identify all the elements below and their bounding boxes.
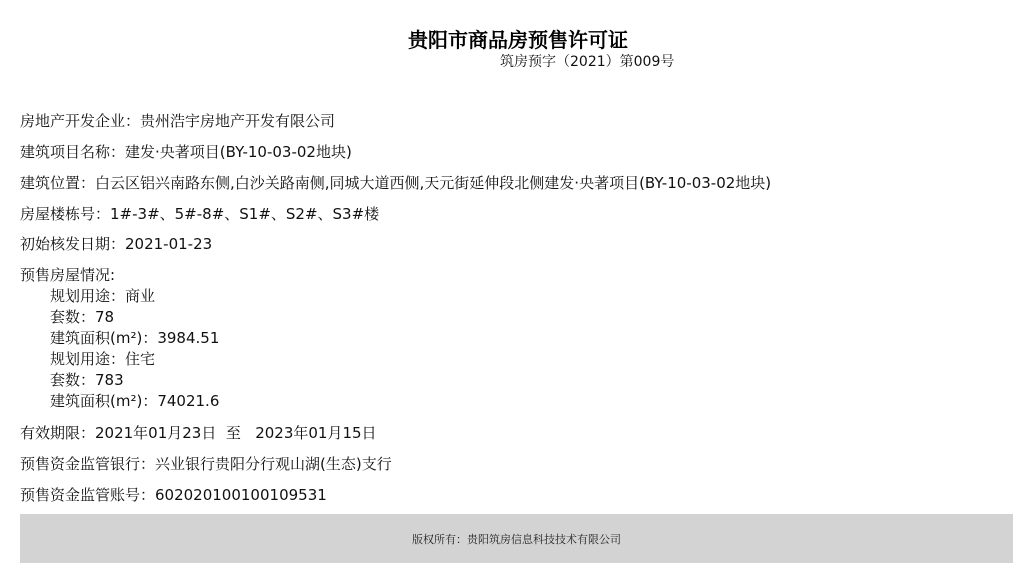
copyright-text: 版权所有：贵阳筑房信息科技技术有限公司	[412, 531, 621, 547]
presale-item-units-residential: 套数：783	[50, 370, 124, 390]
permit-number: 筑房预字（2021）第009号	[500, 51, 674, 71]
validity-field: 有效期限：2021年01月23日 至 2023年01月15日	[20, 423, 377, 443]
presale-item-usage-residential: 规划用途：住宅	[50, 349, 155, 369]
bank-field: 预售资金监管银行：兴业银行贵阳分行观山湖(生态)支行	[20, 454, 392, 474]
location-field: 建筑位置：白云区铝兴南路东侧,白沙关路南侧,同城大道西侧,天元街延伸段北侧建发·…	[20, 173, 771, 193]
page-title: 贵阳市商品房预售许可证	[0, 24, 1036, 53]
issue-date-field: 初始核发日期：2021-01-23	[20, 234, 212, 254]
presale-item-area-residential: 建筑面积(m²)：74021.6	[50, 391, 219, 411]
account-field: 预售资金监管账号：602020100100109531	[20, 485, 327, 505]
presale-item-units-commercial: 套数：78	[50, 307, 114, 327]
developer-field: 房地产开发企业：贵州浩宇房地产开发有限公司	[20, 111, 335, 131]
footer: 版权所有：贵阳筑房信息科技技术有限公司	[20, 514, 1013, 563]
presale-item-usage-commercial: 规划用途：商业	[50, 286, 155, 306]
presale-item-area-commercial: 建筑面积(m²)：3984.51	[50, 328, 219, 348]
project-name-field: 建筑项目名称：建发·央著项目(BY-10-03-02地块)	[20, 142, 352, 162]
buildings-field: 房屋楼栋号：1#-3#、5#-8#、S1#、S2#、S3#楼	[20, 204, 379, 224]
presale-label: 预售房屋情况:	[20, 265, 115, 285]
